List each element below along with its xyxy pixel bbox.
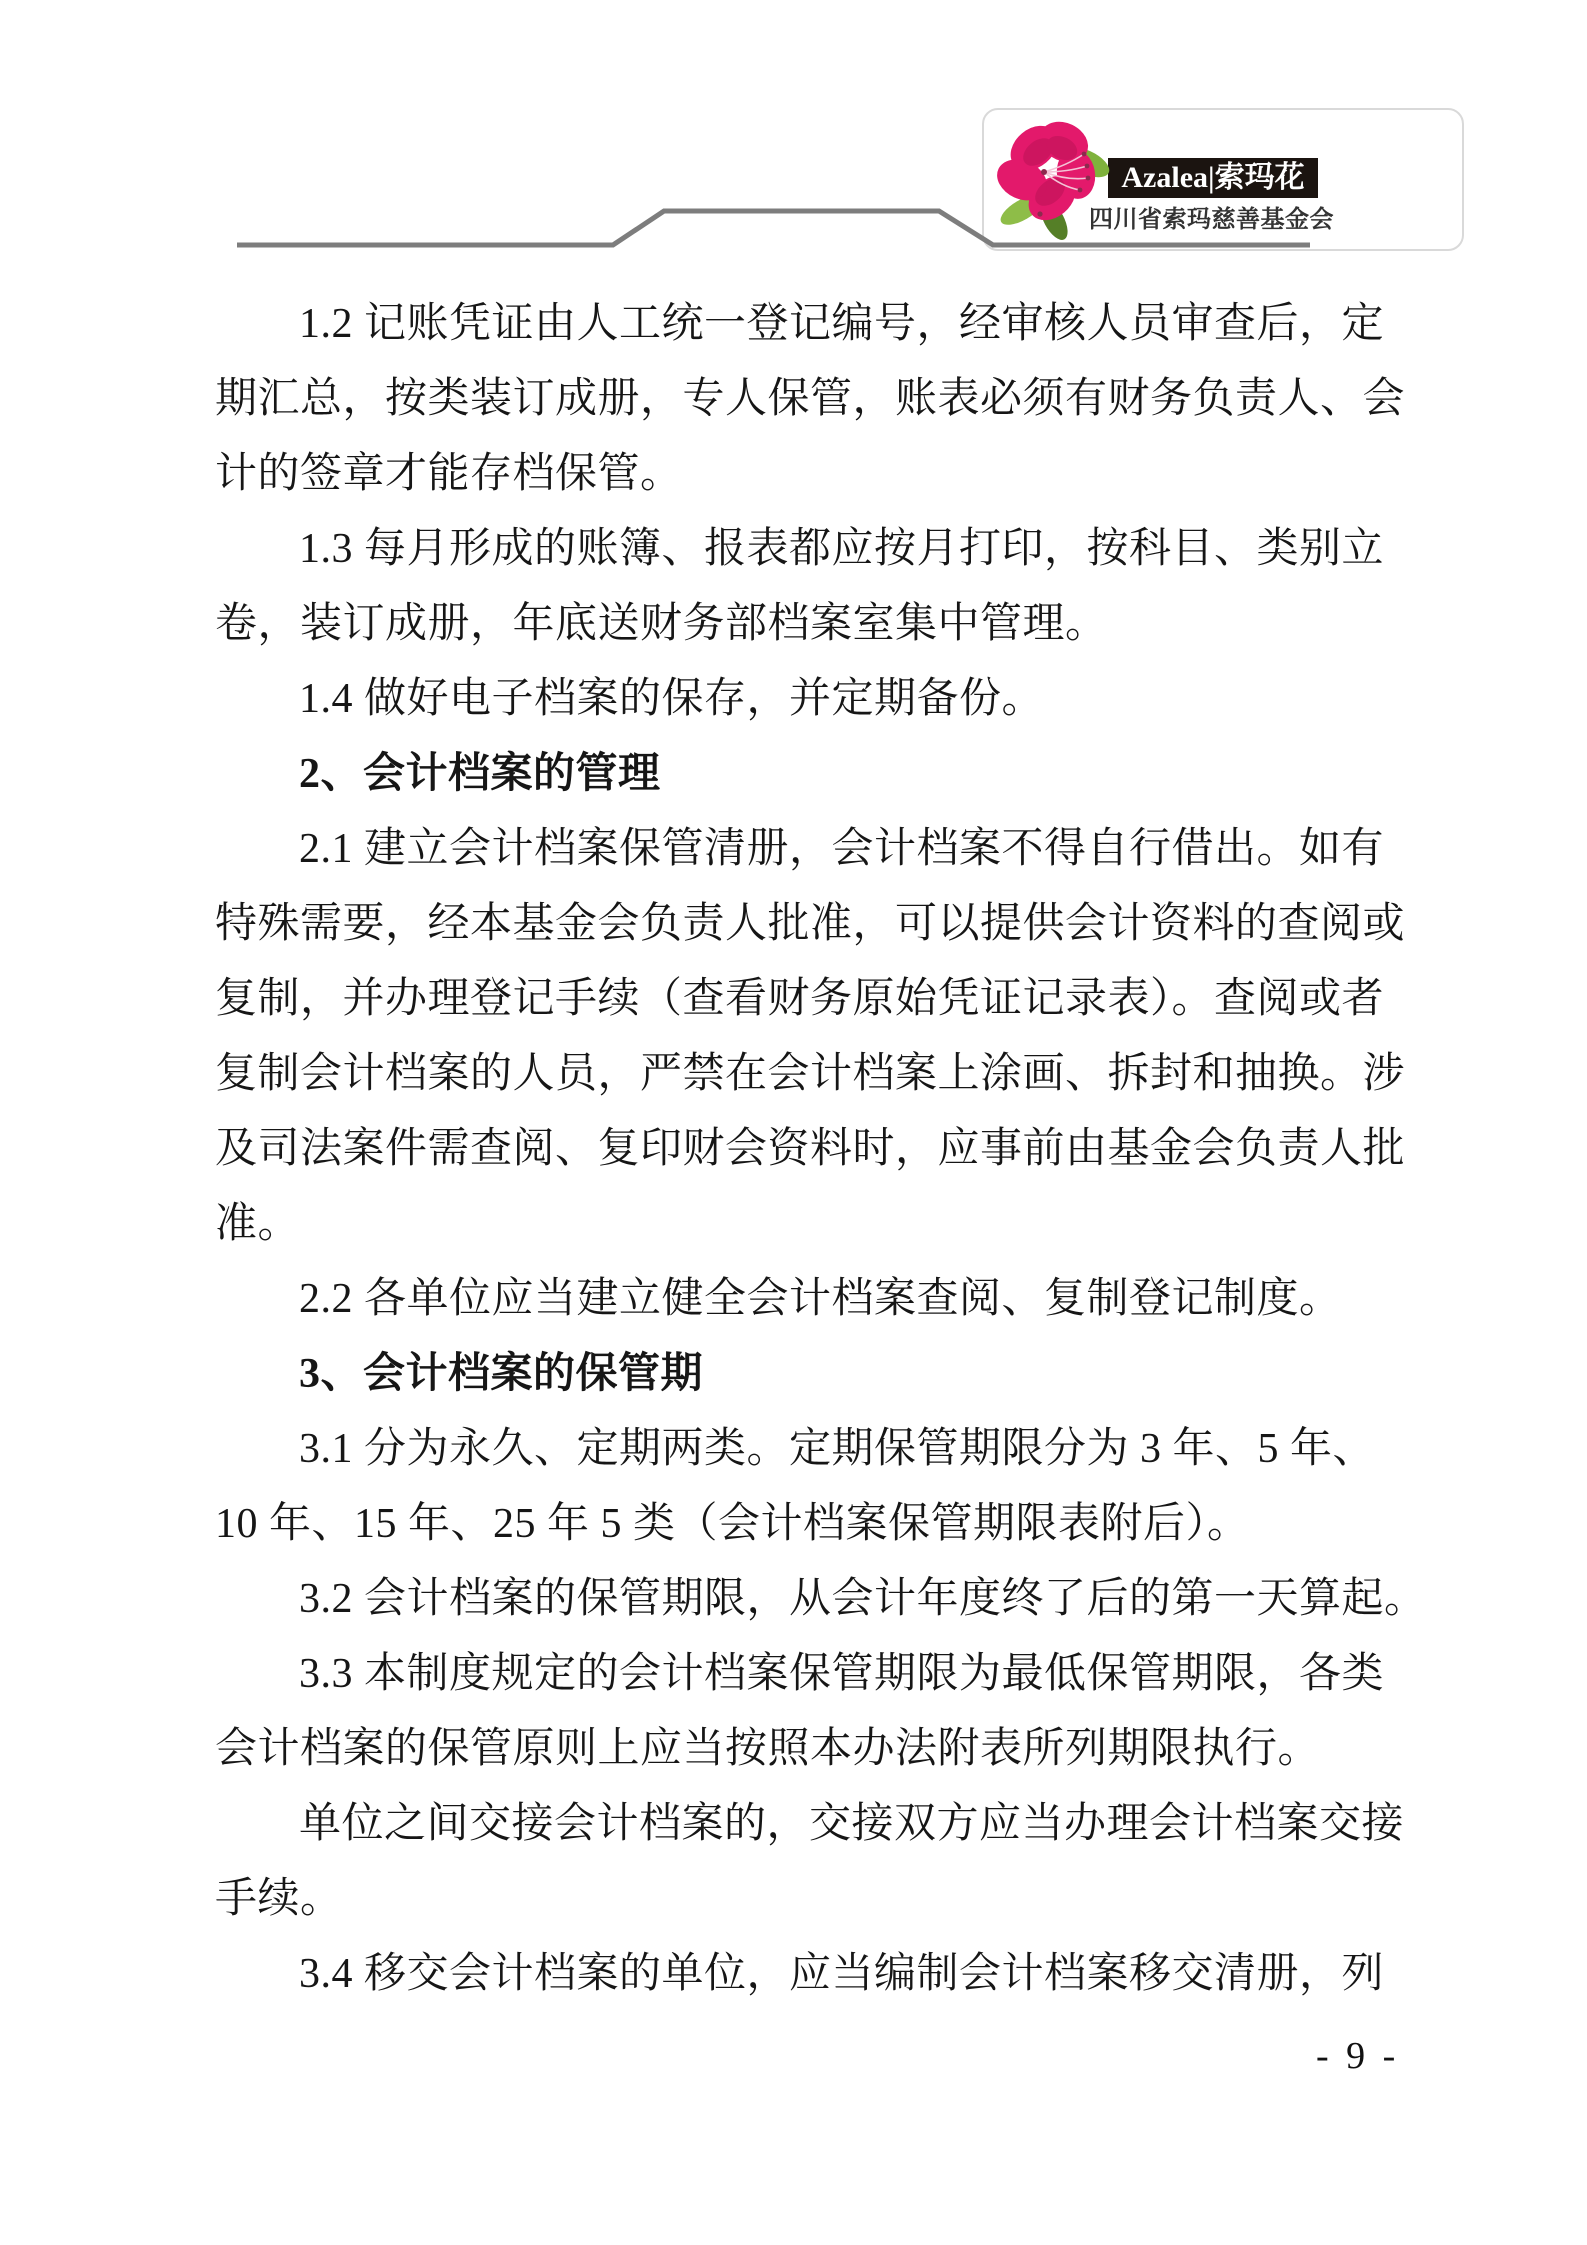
text-line: 3.1 分为永久、定期两类。定期保管期限分为 3 年、5 年、 xyxy=(215,1412,1458,1487)
document-body: 1.2 记账凭证由人工统一登记编号，经审核人员审查后，定期汇总，按类装订成册，专… xyxy=(215,287,1458,2012)
text-line: 3、会计档案的保管期 xyxy=(215,1337,1458,1412)
text-line: 1.4 做好电子档案的保存，并定期备份。 xyxy=(215,662,1458,737)
text-line: 特殊需要，经本基金会负责人批准，可以提供会计资料的查阅或 xyxy=(215,887,1458,962)
text-line: 复制会计档案的人员，严禁在会计档案上涂画、拆封和抽换。涉 xyxy=(215,1037,1458,1112)
text-line: 手续。 xyxy=(215,1862,1458,1937)
text-line: 2、会计档案的管理 xyxy=(215,737,1458,812)
azalea-flower-icon xyxy=(992,110,1122,240)
text-line: 2.1 建立会计档案保管清册，会计档案不得自行借出。如有 xyxy=(215,812,1458,887)
text-line: 单位之间交接会计档案的，交接双方应当办理会计档案交接 xyxy=(215,1787,1458,1862)
document-page: Azalea|索玛花 四川省索玛慈善基金会 xyxy=(0,0,1587,2245)
header-divider-line xyxy=(0,0,1587,320)
text-line: 3.3 本制度规定的会计档案保管期限为最低保管期限，各类 xyxy=(215,1637,1458,1712)
logo-subtitle: 四川省索玛慈善基金会 xyxy=(1089,199,1329,234)
text-line: 1.2 记账凭证由人工统一登记编号，经审核人员审查后，定 xyxy=(215,287,1458,362)
text-line: 10 年、15 年、25 年 5 类（会计档案保管期限表附后）。 xyxy=(215,1487,1458,1562)
text-line: 2.2 各单位应当建立健全会计档案查阅、复制登记制度。 xyxy=(215,1262,1458,1337)
text-line: 会计档案的保管原则上应当按照本办法附表所列期限执行。 xyxy=(215,1712,1458,1787)
logo-banner: Azalea|索玛花 xyxy=(1108,158,1318,198)
text-line: 3.4 移交会计档案的单位，应当编制会计档案移交清册，列 xyxy=(215,1937,1458,2012)
text-line: 卷，装订成册，年底送财务部档案室集中管理。 xyxy=(215,587,1458,662)
text-line: 3.2 会计档案的保管期限，从会计年度终了后的第一天算起。 xyxy=(215,1562,1458,1637)
text-line: 1.3 每月形成的账簿、报表都应按月打印，按科目、类别立 xyxy=(215,512,1458,587)
text-line: 计的签章才能存档保管。 xyxy=(215,437,1458,512)
text-line: 期汇总，按类装订成册，专人保管，账表必须有财务负责人、会 xyxy=(215,362,1458,437)
text-line: 复制，并办理登记手续（查看财务原始凭证记录表）。查阅或者 xyxy=(215,962,1458,1037)
page-number: - 9 - xyxy=(1316,2034,1399,2078)
text-line: 准。 xyxy=(215,1187,1458,1262)
text-line: 及司法案件需查阅、复印财会资料时，应事前由基金会负责人批 xyxy=(215,1112,1458,1187)
